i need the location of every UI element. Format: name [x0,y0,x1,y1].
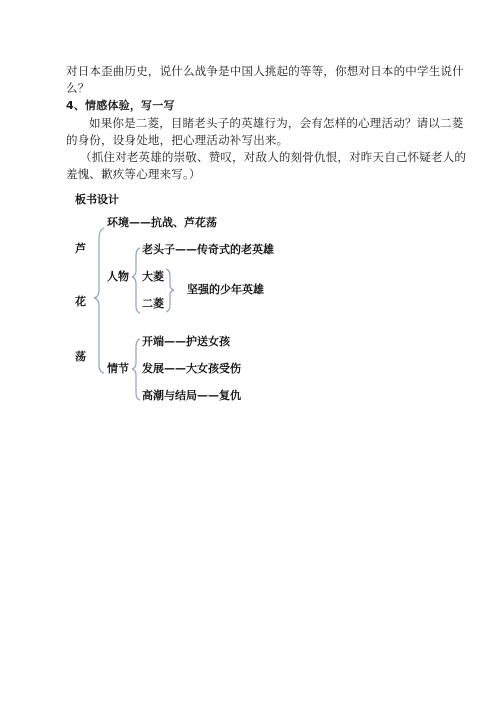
character-item: 二菱 [142,297,164,311]
plot-brace-icon [132,339,140,400]
brace-lines [0,0,500,708]
character-item: 大菱 [142,270,164,284]
document-page: 对日本歪曲历史，说什么战争是中国人挑起的等等，你想对日本的中学生说什 么？ 4、… [0,0,500,708]
plot-item: 高潮与结局——复仇 [142,389,241,403]
environment-line: 环境——抗战、芦花荡 [107,216,217,230]
plot-item: 开端——护送女孩 [142,335,230,349]
summary-brace-icon [166,269,174,312]
main-brace-icon [94,228,104,373]
plot-label: 情节 [107,362,129,376]
characters-summary: 坚强的少年英雄 [187,283,264,297]
plot-item: 发展——大女孩受伤 [142,362,241,376]
character-item: 老头子——传奇式的老英雄 [142,243,274,257]
characters-label: 人物 [107,270,129,284]
characters-brace-icon [132,248,140,313]
